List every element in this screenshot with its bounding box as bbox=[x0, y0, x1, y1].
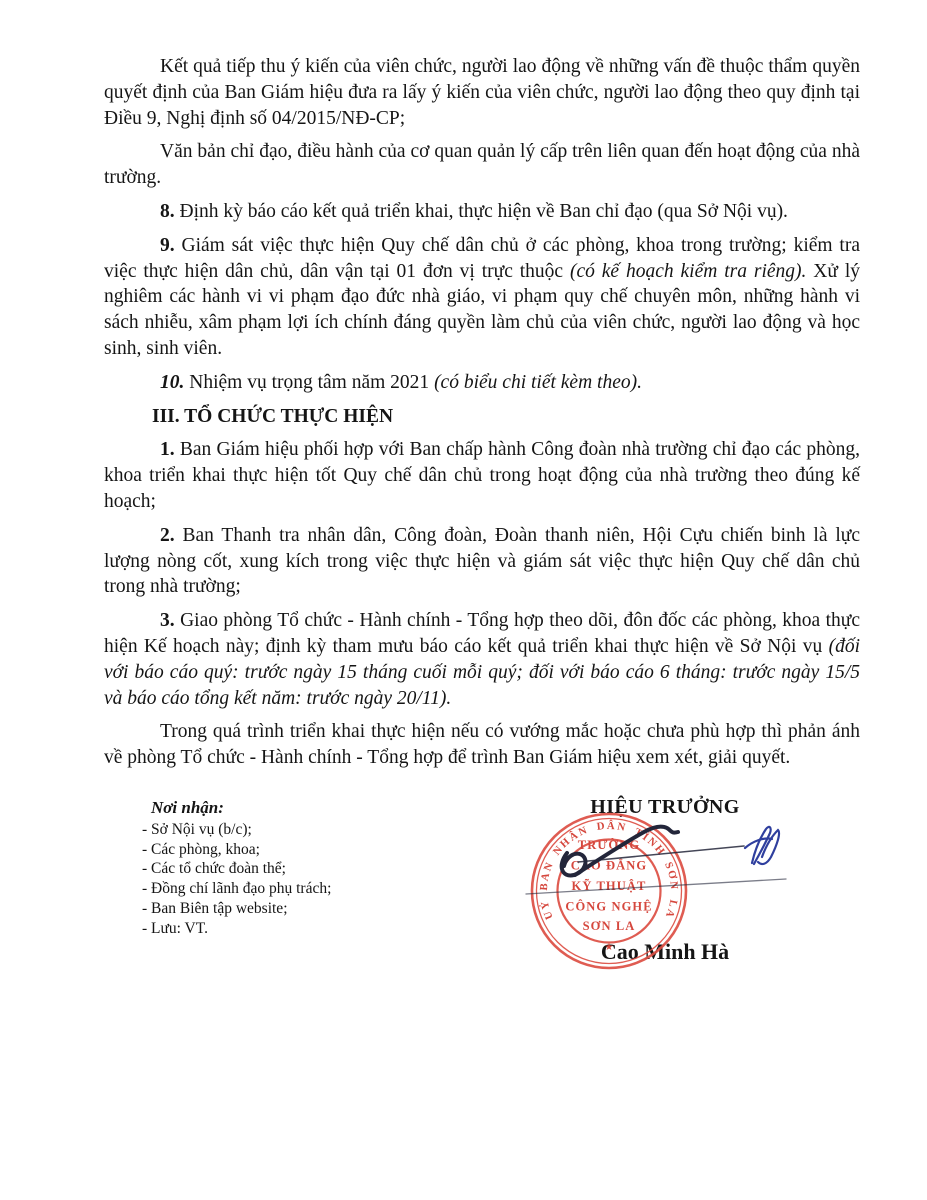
stamp-and-signature-graphic: UỶ BAN NHÂN DÂN TỈNH SƠN LA TRƯỜNG CAO Đ… bbox=[460, 795, 927, 1000]
text-segment: Kết quả tiếp thu ý kiến của viên chức, n… bbox=[104, 56, 860, 129]
paragraph-closing: Trong quá trình triển khai thực hiện nếu… bbox=[104, 719, 860, 771]
list-item-10: 10. Nhiệm vụ trọng tâm năm 2021 (có biểu… bbox=[104, 370, 860, 396]
text-segment: Ban Giám hiệu phối hợp với Ban chấp hành… bbox=[104, 439, 860, 512]
list-item-8: 8. Định kỳ báo cáo kết quả triển khai, t… bbox=[104, 199, 860, 225]
item-number: 9. bbox=[160, 235, 175, 256]
list-item-1: 1. Ban Giám hiệu phối hợp với Ban chấp h… bbox=[104, 437, 860, 514]
text-segment: Giao phòng Tổ chức - Hành chính - Tổng h… bbox=[104, 610, 860, 657]
item-number: 8. bbox=[160, 201, 175, 222]
recipient-item: - Các phòng, khoa; bbox=[142, 840, 442, 860]
recipient-item: - Ban Biên tập website; bbox=[142, 899, 442, 919]
text-segment: Nhiệm vụ trọng tâm năm 2021 bbox=[184, 372, 434, 393]
signature-ink bbox=[526, 827, 786, 894]
text-segment-italic: (có kế hoạch kiểm tra riêng). bbox=[570, 261, 806, 282]
stamp-line-cao-dang: CAO ĐẲNG bbox=[571, 858, 648, 873]
stamp-line-truong: TRƯỜNG bbox=[578, 838, 640, 852]
paragraph-directives: Văn bản chỉ đạo, điều hành của cơ quan q… bbox=[104, 139, 860, 191]
signature-line-upper bbox=[578, 846, 744, 862]
text-segment-italic: (có biểu chi tiết kèm theo). bbox=[434, 372, 642, 393]
list-item-3: 3. Giao phòng Tổ chức - Hành chính - Tổn… bbox=[104, 608, 860, 711]
text-segment: Trong quá trình triển khai thực hiện nếu… bbox=[104, 721, 860, 768]
text-segment: Ban Thanh tra nhân dân, Công đoàn, Đoàn … bbox=[104, 525, 860, 598]
text-segment: Định kỳ báo cáo kết quả triển khai, thực… bbox=[175, 201, 788, 222]
signature-line-lower bbox=[526, 879, 786, 894]
item-number: 1. bbox=[160, 439, 175, 460]
signer-title: HIỆU TRƯỞNG bbox=[540, 795, 790, 819]
list-item-9: 9. Giám sát việc thực hiện Quy chế dân c… bbox=[104, 233, 860, 362]
stamp-line-ky-thuat: KỸ THUẬT bbox=[572, 879, 647, 893]
stamp-line-cong-nghe: CÔNG NGHỆ bbox=[565, 900, 652, 914]
signer-name: Cao Minh Hà bbox=[555, 939, 775, 965]
paragraph-results: Kết quả tiếp thu ý kiến của viên chức, n… bbox=[104, 54, 860, 131]
section-heading-iii: III. TỔ CHỨC THỰC HIỆN bbox=[104, 404, 860, 430]
recipient-item: - Sở Nội vụ (b/c); bbox=[142, 820, 442, 840]
heading-text: III. TỔ CHỨC THỰC HIỆN bbox=[152, 406, 393, 427]
signature-main-stroke bbox=[575, 827, 678, 875]
item-number: 2. bbox=[160, 525, 175, 546]
signature-flourish bbox=[745, 827, 779, 864]
document-page: Kết quả tiếp thu ý kiến của viên chức, n… bbox=[0, 0, 927, 1200]
stamp-ring-text: UỶ BAN NHÂN DÂN TỈNH SƠN LA bbox=[538, 820, 680, 921]
stamp-inner-circle bbox=[558, 840, 661, 943]
document-body: Kết quả tiếp thu ý kiến của viên chức, n… bbox=[104, 54, 860, 771]
recipient-item: - Đồng chí lãnh đạo phụ trách; bbox=[142, 879, 442, 899]
list-item-2: 2. Ban Thanh tra nhân dân, Công đoàn, Đo… bbox=[104, 523, 860, 600]
recipients-header: Nơi nhận: bbox=[151, 797, 442, 818]
item-number: 10. bbox=[160, 372, 184, 393]
text-segment: Văn bản chỉ đạo, điều hành của cơ quan q… bbox=[104, 141, 860, 188]
recipient-item: - Lưu: VT. bbox=[142, 919, 442, 939]
signature-loop-stroke bbox=[562, 853, 586, 875]
recipients-block: Nơi nhận: - Sở Nội vụ (b/c); - Các phòng… bbox=[142, 797, 442, 938]
stamp-line-son-la: SƠN LA bbox=[583, 919, 636, 933]
item-number: 3. bbox=[160, 610, 175, 631]
recipient-item: - Các tổ chức đoàn thể; bbox=[142, 859, 442, 879]
